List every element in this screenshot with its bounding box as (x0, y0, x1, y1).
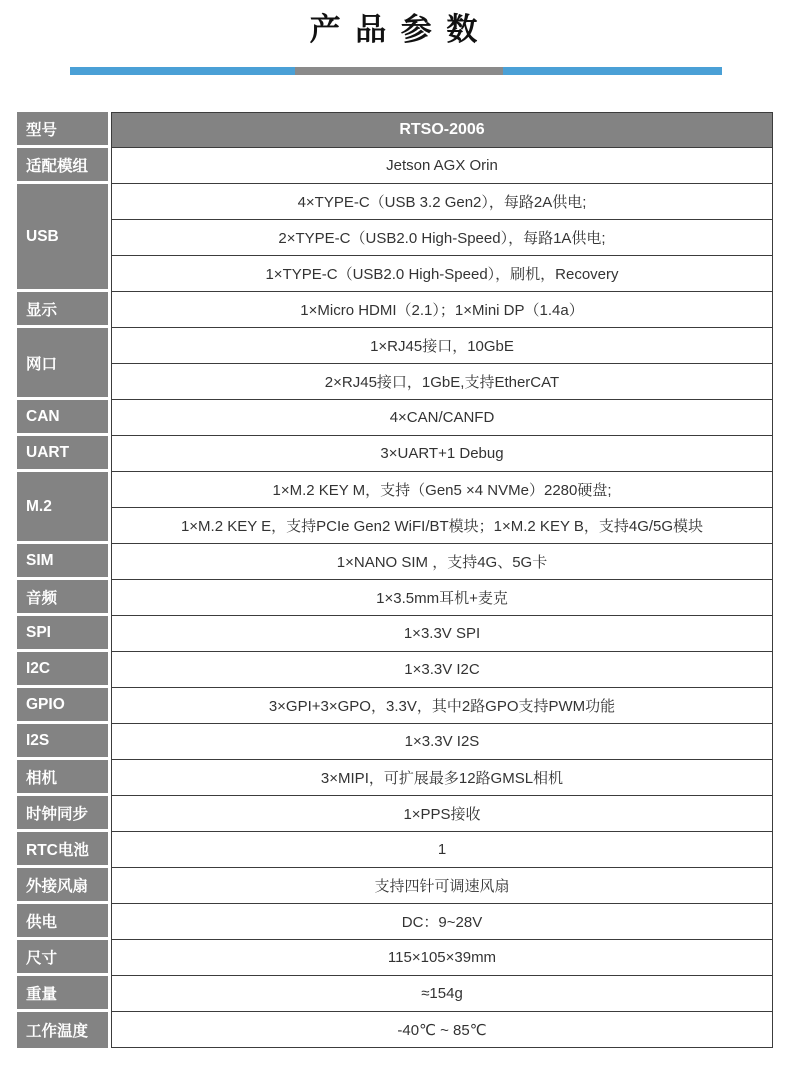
spec-label-cell: 音频 (17, 580, 111, 616)
spec-label-cell: RTC电池 (17, 832, 111, 868)
spec-value-cell: 1×RJ45接口，10GbE (111, 328, 773, 364)
spec-label-cell: 供电 (17, 904, 111, 940)
page-title: 产 品 参 数 (0, 10, 790, 50)
spec-value-cell: 1×Micro HDMI（2.1）；1×Mini DP（1.4a） (111, 292, 773, 328)
spec-value-cell: Jetson AGX Orin (111, 148, 773, 184)
spec-label-cell: CAN (17, 400, 111, 436)
spec-label-cell: SPI (17, 616, 111, 652)
spec-label-cell: 型号 (17, 112, 111, 148)
spec-label-cell: 适配模组 (17, 148, 111, 184)
spec-label-cell: 重量 (17, 976, 111, 1012)
spec-value-cell: 1×3.3V I2S (111, 724, 773, 760)
spec-value-cell: 1×PPS接收 (111, 796, 773, 832)
spec-label-column: 型号适配模组USB显示网口CANUARTM.2SIM音频SPII2CGPIOI2… (17, 112, 111, 1048)
spec-label-cell: 尺寸 (17, 940, 111, 976)
spec-label-cell: GPIO (17, 688, 111, 724)
spec-value-cell: 3×GPI+3×GPO，3.3V，其中2路GPO支持PWM功能 (111, 688, 773, 724)
divider-segment-right (503, 67, 722, 75)
spec-value-cell: 1×TYPE-C（USB2.0 High-Speed），刷机，Recovery (111, 256, 773, 292)
divider-segment-middle (295, 67, 503, 75)
spec-label-cell: 网口 (17, 328, 111, 400)
spec-value-cell: 4×CAN/CANFD (111, 400, 773, 436)
spec-value-cell: DC：9~28V (111, 904, 773, 940)
spec-label-cell: UART (17, 436, 111, 472)
spec-label-cell: I2S (17, 724, 111, 760)
spec-value-cell: 4×TYPE-C（USB 3.2 Gen2），每路2A供电; (111, 184, 773, 220)
spec-label-cell: M.2 (17, 472, 111, 544)
spec-value-cell: ≈154g (111, 976, 773, 1012)
spec-label-cell: SIM (17, 544, 111, 580)
spec-label-cell: I2C (17, 652, 111, 688)
spec-value-cell: 1×NANO SIM ，支持4G、5G卡 (111, 544, 773, 580)
spec-label-cell: USB (17, 184, 111, 292)
spec-value-cell: 1×M.2 KEY M，支持（Gen5 ×4 NVMe）2280硬盘; (111, 472, 773, 508)
spec-label-cell: 相机 (17, 760, 111, 796)
spec-value-cell: 3×UART+1 Debug (111, 436, 773, 472)
spec-value-cell: 115×105×39mm (111, 940, 773, 976)
spec-value-cell: -40℃ ~ 85℃ (111, 1012, 773, 1048)
title-divider (70, 67, 722, 75)
spec-label-cell: 显示 (17, 292, 111, 328)
spec-value-cell: 1×3.5mm耳机+麦克 (111, 580, 773, 616)
spec-value-cell: 1 (111, 832, 773, 868)
spec-value-cell: 2×TYPE-C（USB2.0 High-Speed），每路1A供电; (111, 220, 773, 256)
spec-value-cell: 1×3.3V I2C (111, 652, 773, 688)
spec-value-column: RTSO-2006Jetson AGX Orin4×TYPE-C（USB 3.2… (111, 112, 773, 1048)
spec-label-cell: 外接风扇 (17, 868, 111, 904)
spec-label-cell: 时钟同步 (17, 796, 111, 832)
spec-value-cell: 1×M.2 KEY E，支持PCIe Gen2 WiFI/BT模块；1×M.2 … (111, 508, 773, 544)
spec-value-cell: 3×MIPI，可扩展最多12路GMSL相机 (111, 760, 773, 796)
spec-table: 型号适配模组USB显示网口CANUARTM.2SIM音频SPII2CGPIOI2… (17, 112, 773, 1048)
spec-value-cell: 2×RJ45接口，1GbE,支持EtherCAT (111, 364, 773, 400)
spec-value-cell: 支持四针可调速风扇 (111, 868, 773, 904)
spec-value-cell: RTSO-2006 (111, 112, 773, 148)
spec-value-cell: 1×3.3V SPI (111, 616, 773, 652)
divider-segment-left (70, 67, 295, 75)
spec-label-cell: 工作温度 (17, 1012, 111, 1048)
